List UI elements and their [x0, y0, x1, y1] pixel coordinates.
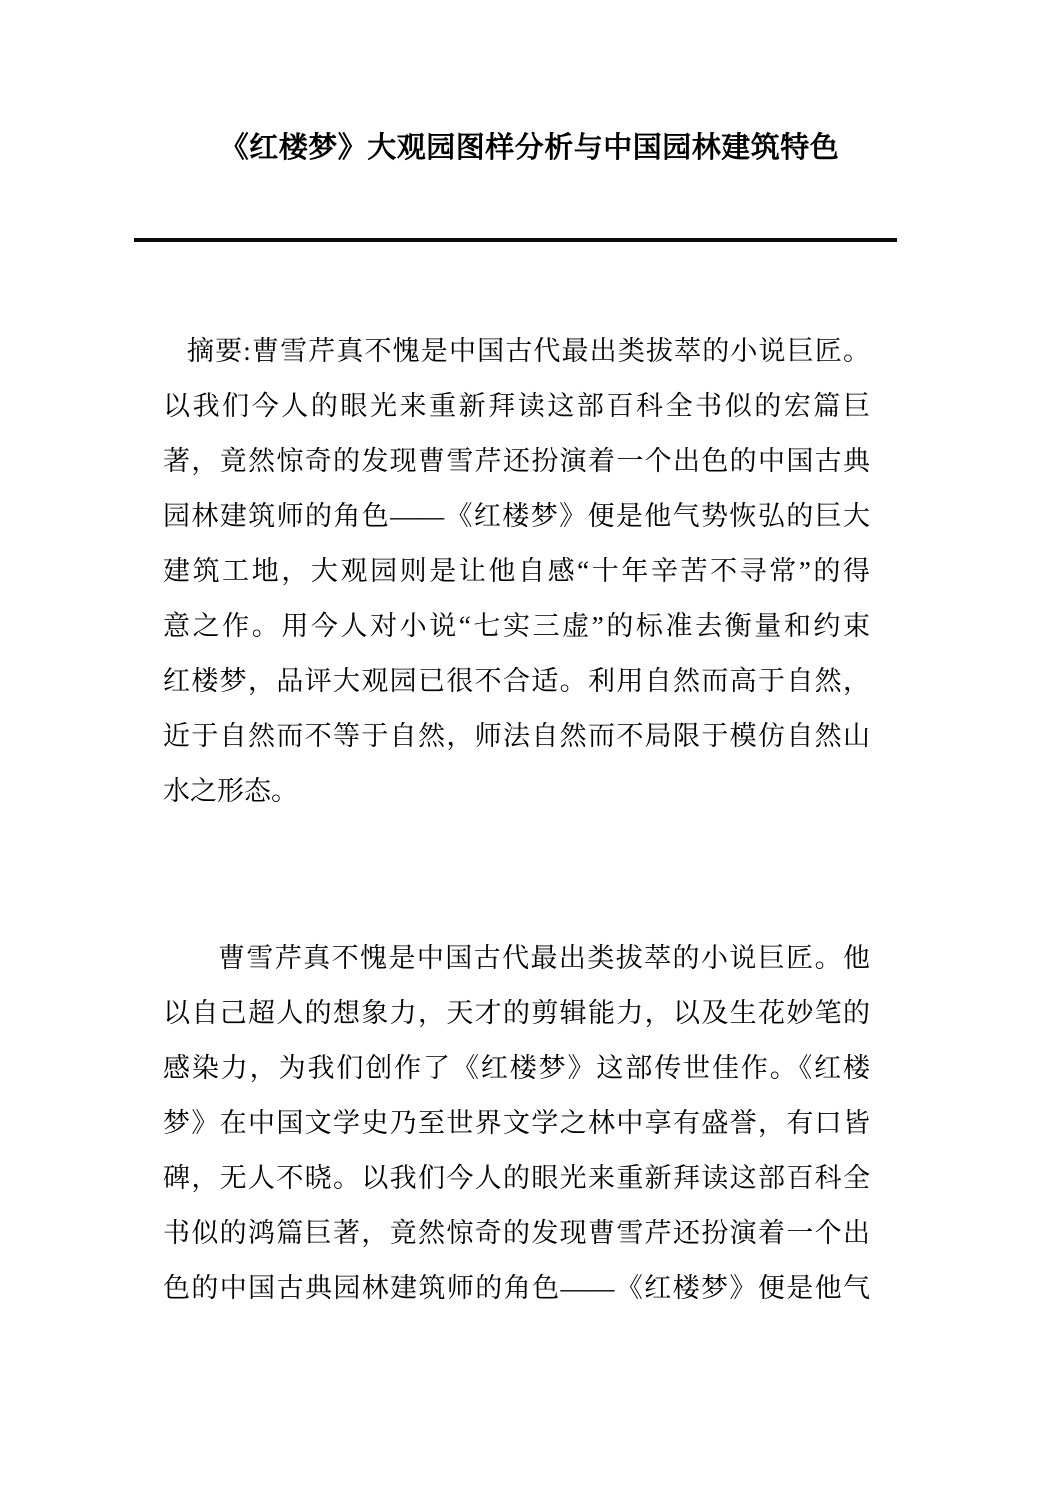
- text-line: 以我们今人的眼光来重新拜读这部百科全书似的宏篇巨: [163, 379, 870, 434]
- text-line: 曹雪芹真不愧是中国古代最出类拔萃的小说巨匠。他: [163, 931, 870, 986]
- text-line: 红楼梦，品评大观园已很不合适。利用自然而高于自然，: [163, 654, 870, 709]
- text-line: 著，竟然惊奇的发现曹雪芹还扮演着一个出色的中国古典: [163, 434, 870, 489]
- document-page: 《红楼梦》大观园图样分析与中国园林建筑特色 摘要:曹雪芹真不愧是中国古代最出类拔…: [0, 0, 1059, 1497]
- text-line: 碑，无人不晓。以我们今人的眼光来重新拜读这部百科全: [163, 1151, 870, 1206]
- abstract-paragraph: 摘要:曹雪芹真不愧是中国古代最出类拔萃的小说巨匠。以我们今人的眼光来重新拜读这部…: [163, 324, 870, 819]
- text-line: 书似的鸿篇巨著，竟然惊奇的发现曹雪芹还扮演着一个出: [163, 1206, 870, 1261]
- body-paragraph: 曹雪芹真不愧是中国古代最出类拔萃的小说巨匠。他以自己超人的想象力，天才的剪辑能力…: [163, 931, 870, 1316]
- document-title: 《红楼梦》大观园图样分析与中国园林建筑特色: [0, 126, 1059, 168]
- text-line: 梦》在中国文学史乃至世界文学之林中享有盛誉，有口皆: [163, 1096, 870, 1151]
- text-line: 建筑工地，大观园则是让他自感“十年辛苦不寻常”的得: [163, 544, 870, 599]
- text-line: 园林建筑师的角色——《红楼梦》便是他气势恢弘的巨大: [163, 489, 870, 544]
- text-line: 色的中国古典园林建筑师的角色——《红楼梦》便是他气: [163, 1261, 870, 1316]
- text-line: 以自己超人的想象力，天才的剪辑能力，以及生花妙笔的: [163, 986, 870, 1041]
- text-line: 水之形态。: [163, 764, 870, 819]
- horizontal-rule: [134, 238, 897, 242]
- text-line: 摘要:曹雪芹真不愧是中国古代最出类拔萃的小说巨匠。: [163, 324, 870, 379]
- text-line: 感染力，为我们创作了《红楼梦》这部传世佳作。《红楼: [163, 1041, 870, 1096]
- text-line: 意之作。用今人对小说“七实三虚”的标准去衡量和约束: [163, 599, 870, 654]
- text-line: 近于自然而不等于自然，师法自然而不局限于模仿自然山: [163, 709, 870, 764]
